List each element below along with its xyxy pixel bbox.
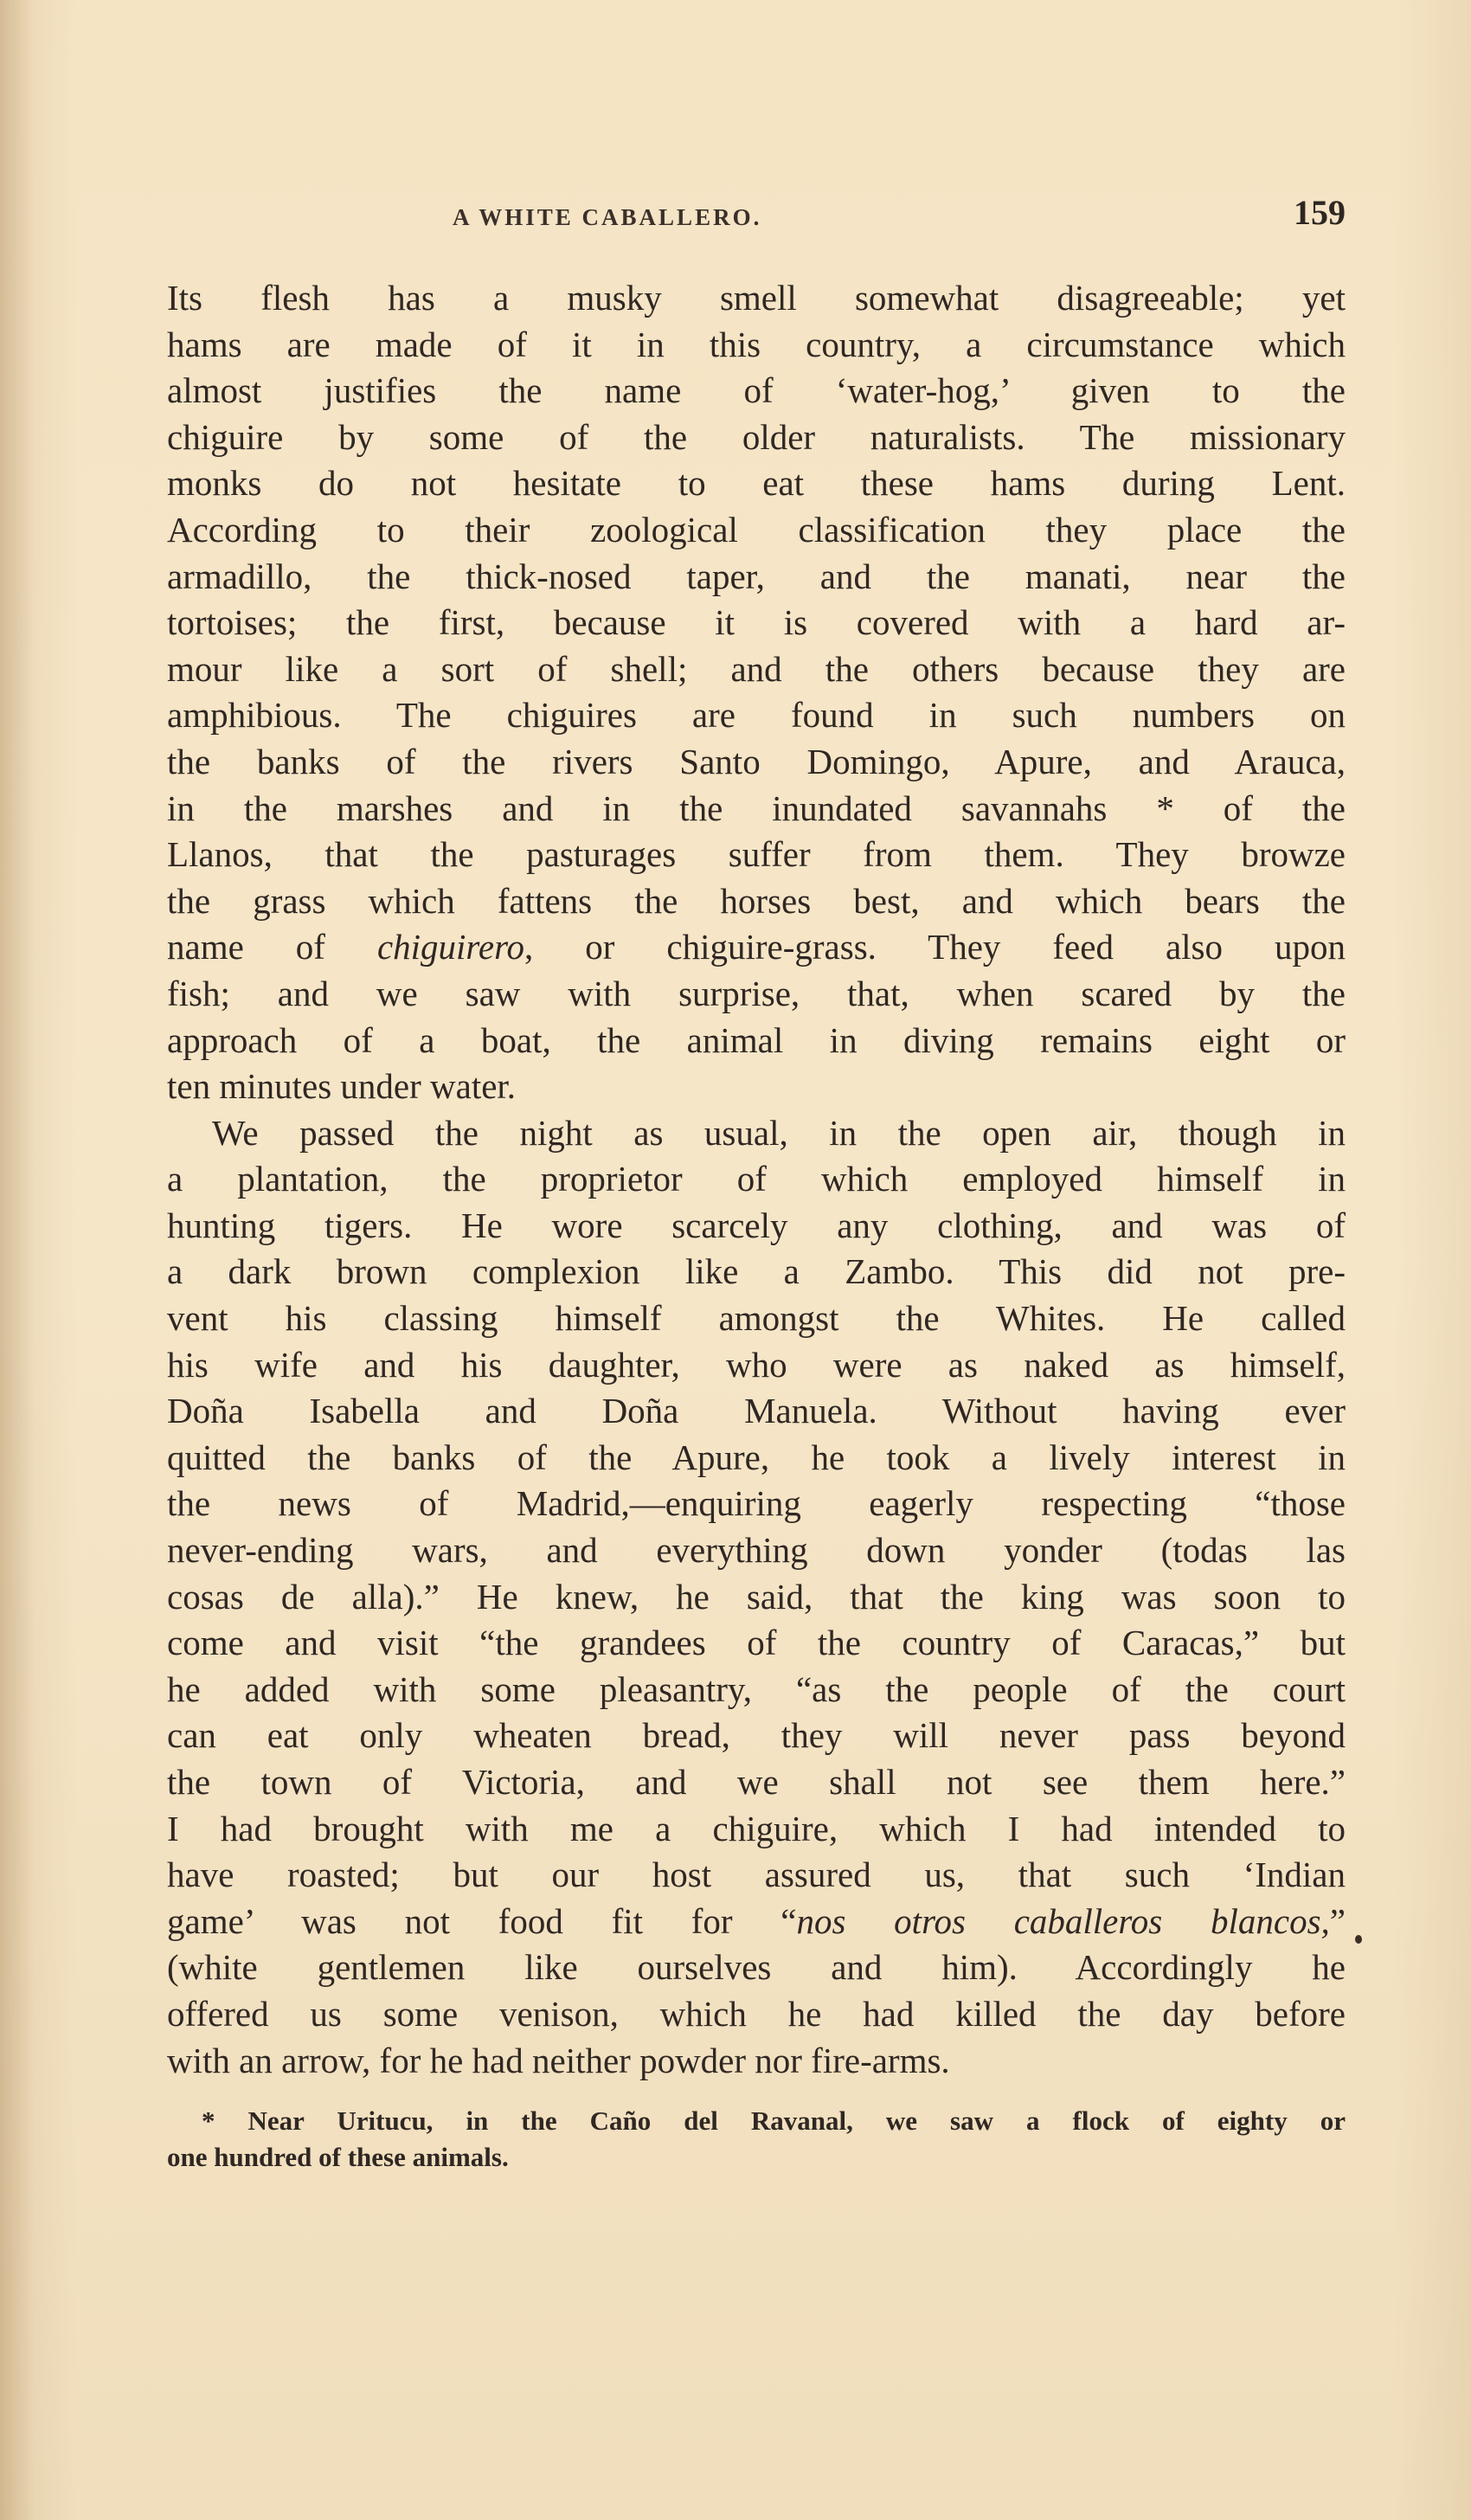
text-line: have roasted; but our host assured us, t…: [167, 1852, 1346, 1899]
text-line: Llanos, that the pasturages suffer from …: [167, 832, 1346, 878]
running-title: A WHITE CABALLERO.: [453, 204, 761, 231]
text-segment: game’ was not food fit for “: [167, 1901, 797, 1941]
text-line: hunting tigers. He wore scarcely any clo…: [167, 1203, 1346, 1250]
text-line: the banks of the rivers Santo Domingo, A…: [167, 739, 1346, 786]
text-line: I had brought with me a chiguire, which …: [167, 1806, 1346, 1853]
text-line: the town of Victoria, and we shall not s…: [167, 1759, 1346, 1806]
text-segment: , or chiguire-grass. They feed also upon: [524, 927, 1346, 967]
running-head: A WHITE CABALLERO. 159: [167, 192, 1346, 244]
text-line: come and visit “the grandees of the coun…: [167, 1620, 1346, 1667]
italic-quote: nos otros caballeros blancos,: [797, 1901, 1330, 1941]
text-line: can eat only wheaten bread, they will ne…: [167, 1713, 1346, 1759]
text-segment: ”: [1330, 1901, 1346, 1941]
page-number: 159: [1294, 192, 1346, 233]
text-line: almost justifies the name of ‘water-hog,…: [167, 368, 1346, 415]
text-line: the grass which fattens the horses best,…: [167, 878, 1346, 925]
footnote: * Near Uritucu, in the Caño del Ravanal,…: [167, 2103, 1346, 2176]
text-line: offered us some venison, which he had ki…: [167, 1991, 1346, 2038]
text-line: fish; and we saw with surprise, that, wh…: [167, 971, 1346, 1018]
text-line: Its flesh has a musky smell somewhat dis…: [167, 275, 1346, 322]
text-line: with an arrow, for he had neither powder…: [167, 2038, 1346, 2085]
text-line: ten minutes under water.: [167, 1064, 1346, 1110]
text-line-paragraph-start: We passed the night as usual, in the ope…: [167, 1110, 1346, 1157]
italic-term: chiguirero: [377, 927, 524, 967]
text-line: he added with some pleasantry, “as the p…: [167, 1667, 1346, 1713]
footnote-line: * Near Uritucu, in the Caño del Ravanal,…: [167, 2103, 1346, 2139]
text-line: a dark brown complexion like a Zambo. Th…: [167, 1249, 1346, 1295]
text-line: monks do not hesitate to eat these hams …: [167, 460, 1346, 507]
text-line-with-italic: name of chiguirero, or chiguire-grass. T…: [167, 924, 1346, 971]
text-line: in the marshes and in the inundated sava…: [167, 786, 1346, 832]
text-line: tortoises; the first, because it is cove…: [167, 600, 1346, 646]
footnote-line: one hundred of these animals.: [167, 2139, 1346, 2176]
text-segment: name of: [167, 927, 377, 967]
book-page: A WHITE CABALLERO. 159 Its flesh has a m…: [0, 0, 1471, 2520]
text-line: amphibious. The chiguires are found in s…: [167, 692, 1346, 739]
text-line: mour like a sort of shell; and the other…: [167, 646, 1346, 693]
text-line: hams are made of it in this country, a c…: [167, 322, 1346, 369]
text-line: approach of a boat, the animal in diving…: [167, 1018, 1346, 1064]
ink-speck: [1355, 1935, 1362, 1944]
text-line: a plantation, the proprietor of which em…: [167, 1156, 1346, 1203]
text-line: According to their zoological classifica…: [167, 507, 1346, 554]
text-line: cosas de alla).” He knew, he said, that …: [167, 1574, 1346, 1621]
body-text: Its flesh has a musky smell somewhat dis…: [167, 275, 1346, 2084]
text-line: never-ending wars, and everything down y…: [167, 1527, 1346, 1574]
text-line-with-italic: game’ was not food fit for “nos otros ca…: [167, 1899, 1346, 1945]
text-line: quitted the banks of the Apure, he took …: [167, 1435, 1346, 1482]
text-line: armadillo, the thick-nosed taper, and th…: [167, 554, 1346, 601]
text-line: chiguire by some of the older naturalist…: [167, 415, 1346, 461]
text-line: (white gentlemen like ourselves and him)…: [167, 1945, 1346, 1991]
text-line: his wife and his daughter, who were as n…: [167, 1342, 1346, 1389]
text-line: Doña Isabella and Doña Manuela. Without …: [167, 1388, 1346, 1435]
text-line: the news of Madrid,—enquiring eagerly re…: [167, 1481, 1346, 1527]
text-line: vent his classing himself amongst the Wh…: [167, 1295, 1346, 1342]
